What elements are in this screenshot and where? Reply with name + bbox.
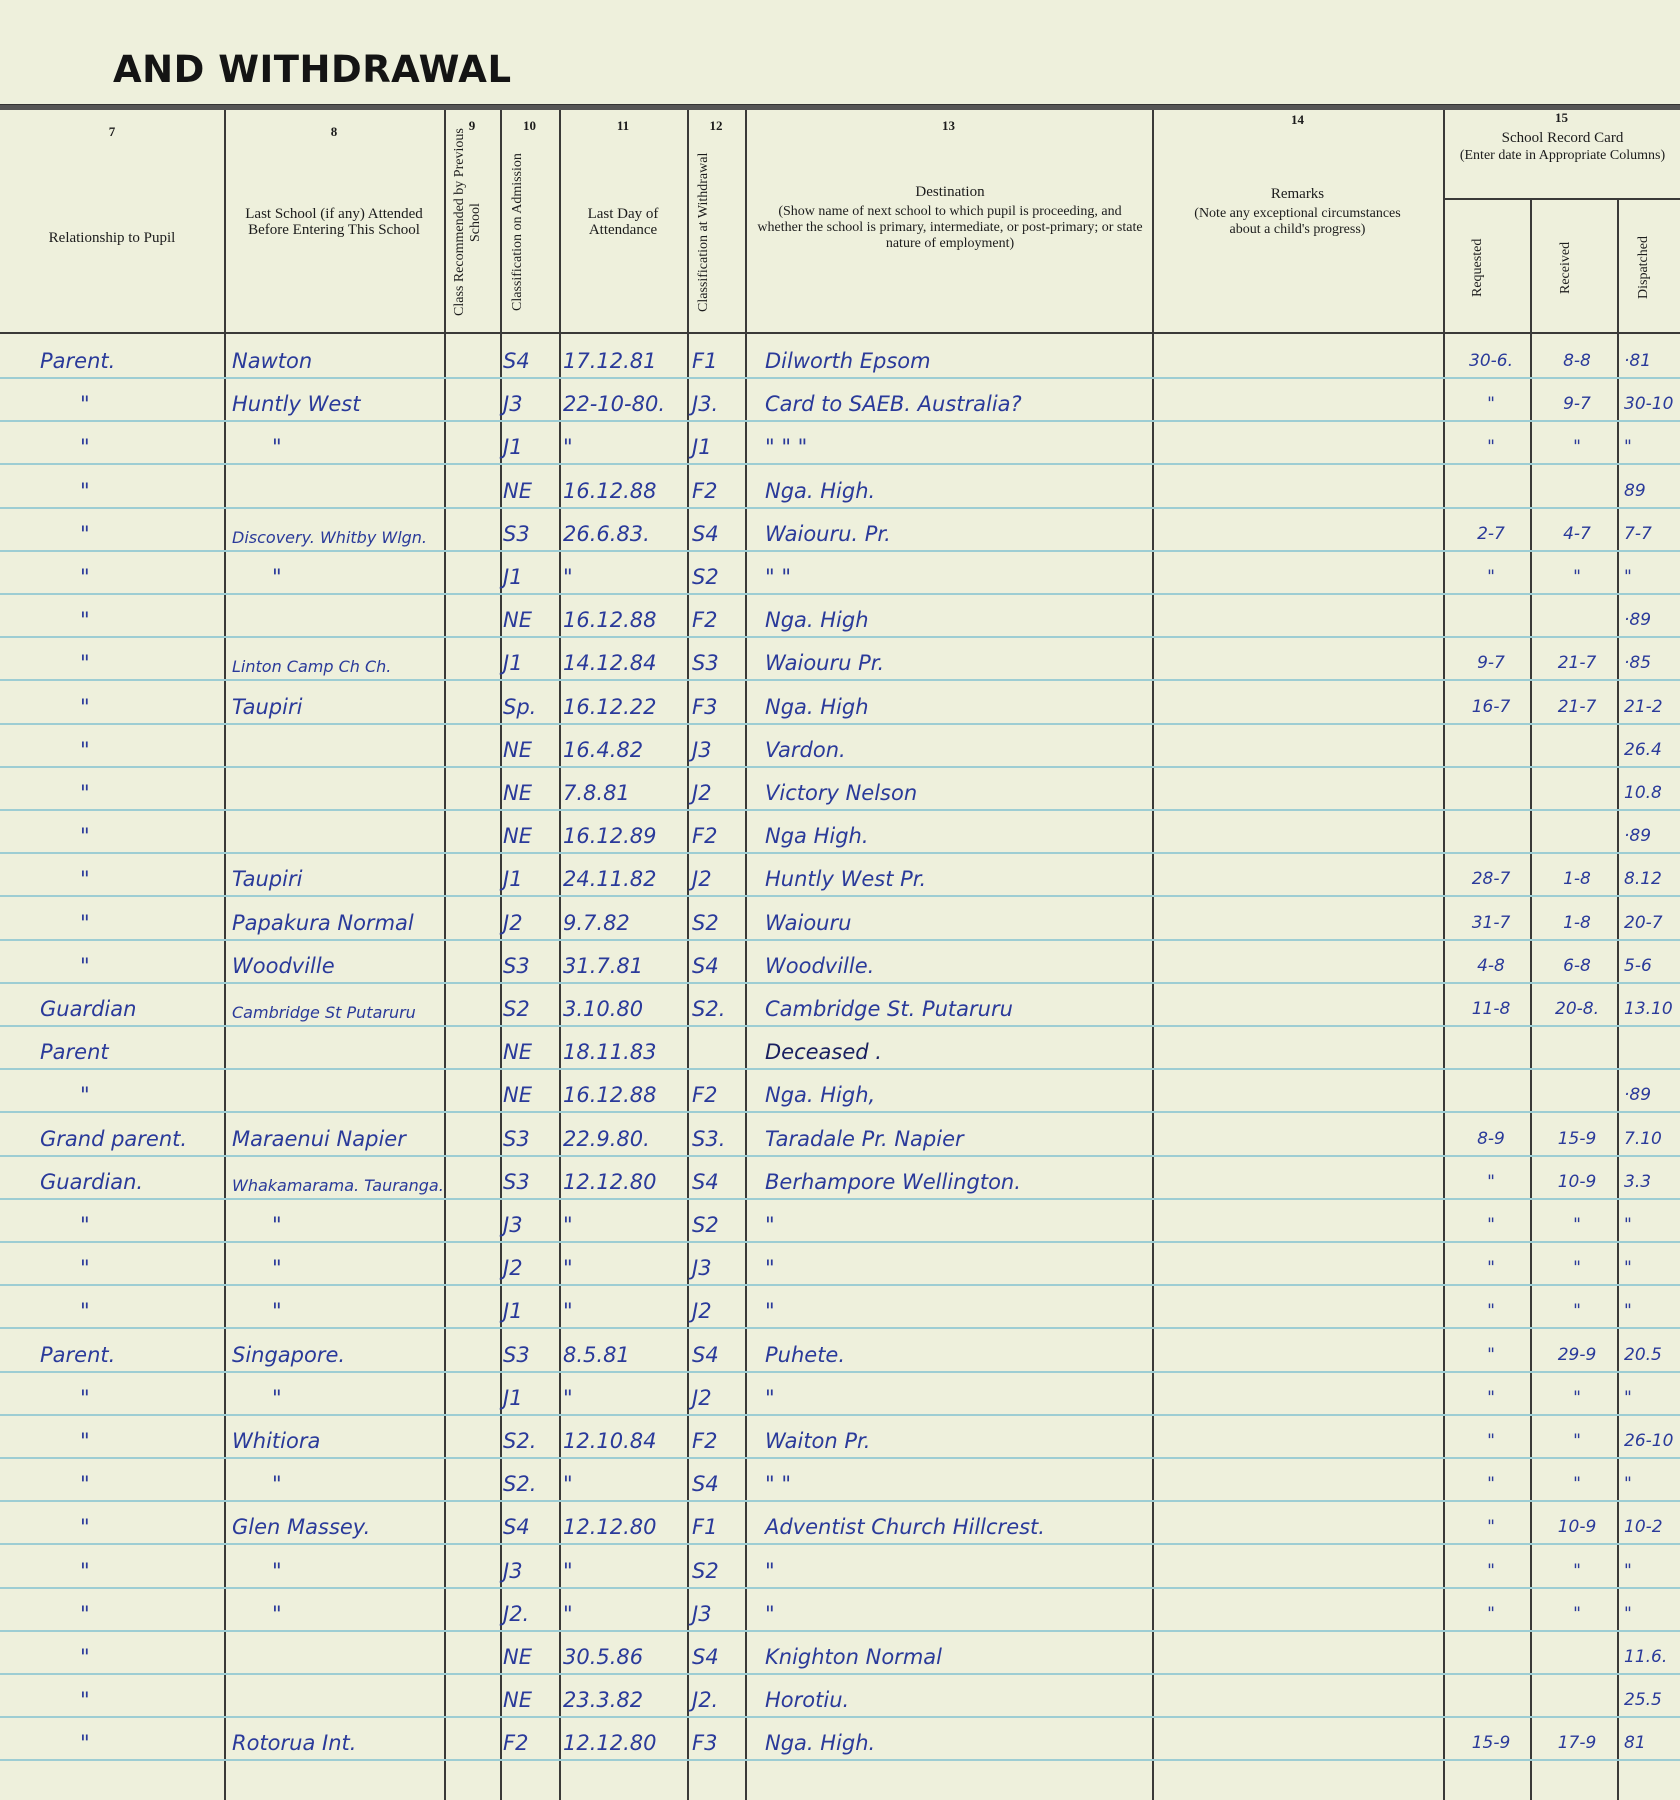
header-bottom-rule <box>0 332 1680 334</box>
record-dispatched-cell: ·89 <box>1624 608 1680 632</box>
classification-admission-cell: J3 <box>503 1559 558 1583</box>
record-requested-cell: 16-7 <box>1452 695 1530 719</box>
table-row: ""J1"J2"""" <box>0 1286 1680 1329</box>
last-day-cell: 14.12.84 <box>563 651 687 675</box>
classification-withdrawal-cell: J2. <box>692 1688 744 1712</box>
table-row: "Huntly WestJ322-10-80.J3.Card to SAEB. … <box>0 379 1680 422</box>
last-school-cell: " <box>232 1559 482 1583</box>
classification-withdrawal-cell: J2 <box>692 867 744 891</box>
relationship-cell: " <box>40 1256 260 1280</box>
relationship-cell: Guardian <box>40 997 220 1021</box>
last-day-cell: 17.12.81 <box>563 349 687 373</box>
header-classification-admission: Classification on Admission <box>510 140 550 325</box>
header-last-school: Last School (if any) Attended Before Ent… <box>236 206 432 238</box>
record-requested-cell: 28-7 <box>1452 867 1530 891</box>
table-row: "Glen Massey.S412.12.80F1Adventist Churc… <box>0 1502 1680 1545</box>
destination-cell: Waiouru Pr. <box>765 651 1465 675</box>
last-day-cell: " <box>563 1602 687 1626</box>
classification-withdrawal-cell: S2 <box>692 911 744 935</box>
record-requested-cell: " <box>1452 1386 1530 1410</box>
record-requested-cell: " <box>1452 1429 1530 1453</box>
record-received-cell: " <box>1538 565 1616 589</box>
table-row: GuardianCambridge St PutaruruS23.10.80S2… <box>0 984 1680 1027</box>
classification-withdrawal-cell: S4 <box>692 954 744 978</box>
classification-withdrawal-cell: S3 <box>692 651 744 675</box>
classification-withdrawal-cell: S4 <box>692 1343 744 1367</box>
record-received-cell: 20-8. <box>1538 997 1616 1021</box>
last-school-cell: Taupiri <box>232 867 442 891</box>
destination-cell: Nga. High, <box>765 1083 1465 1107</box>
classification-withdrawal-cell: S4 <box>692 1472 744 1496</box>
relationship-cell: Grand parent. <box>40 1127 220 1151</box>
record-dispatched-cell: 5-6 <box>1624 954 1680 978</box>
table-row: "NE16.12.88F2Nga. High.89 <box>0 466 1680 509</box>
last-day-cell: 12.12.80 <box>563 1731 687 1755</box>
relationship-cell: " <box>40 1602 260 1626</box>
table-row: "Rotorua Int.F212.12.80F3Nga. High.15-91… <box>0 1718 1680 1761</box>
column-number-11: 11 <box>559 118 687 134</box>
classification-withdrawal-cell: J3 <box>692 1602 744 1626</box>
record-requested-cell: 30-6. <box>1452 349 1530 373</box>
record-requested-cell: 9-7 <box>1452 651 1530 675</box>
classification-admission-cell: S3 <box>503 1343 558 1367</box>
destination-cell: Waiouru <box>765 911 1465 935</box>
relationship-cell: " <box>40 1386 260 1410</box>
header-dispatched: Dispatched <box>1636 210 1666 325</box>
last-day-cell: 16.12.88 <box>563 608 687 632</box>
destination-cell: Vardon. <box>765 738 1465 762</box>
table-row: "NE7.8.81J2Victory Nelson10.8 <box>0 768 1680 811</box>
table-row: ParentNE18.11.83Deceased . <box>0 1027 1680 1070</box>
record-received-cell: 15-9 <box>1538 1127 1616 1151</box>
record-dispatched-cell: 8.12 <box>1624 867 1680 891</box>
record-received-cell: " <box>1538 1386 1616 1410</box>
column-number-12: 12 <box>687 118 745 134</box>
destination-cell: " <box>765 1256 1465 1280</box>
record-dispatched-cell: 10-2 <box>1624 1515 1680 1539</box>
header-record-card-note: (Enter date in Appropriate Columns) <box>1450 148 1675 164</box>
destination-cell: Berhampore Wellington. <box>765 1170 1465 1194</box>
destination-cell: " " <box>765 565 1465 589</box>
destination-cell: " <box>765 1559 1465 1583</box>
record-received-cell: " <box>1538 1213 1616 1237</box>
last-school-cell: " <box>232 1256 482 1280</box>
header-remarks-title: Remarks <box>1165 186 1430 202</box>
record-dispatched-cell: 26.4 <box>1624 738 1680 762</box>
table-row: ""J1"J2"""" <box>0 1373 1680 1416</box>
classification-withdrawal-cell: S2. <box>692 997 744 1021</box>
classification-withdrawal-cell: S4 <box>692 1645 744 1669</box>
record-received-cell: 10-9 <box>1538 1515 1616 1539</box>
table-row: Guardian.Whakamarama. Tauranga.S312.12.8… <box>0 1157 1680 1200</box>
last-day-cell: 16.12.88 <box>563 1083 687 1107</box>
table-row: ""J1"J1" " """" <box>0 422 1680 465</box>
last-day-cell: 12.12.80 <box>563 1515 687 1539</box>
record-dispatched-cell: " <box>1624 1386 1680 1410</box>
classification-withdrawal-cell: F2 <box>692 1083 744 1107</box>
classification-admission-cell: S2. <box>503 1472 558 1496</box>
record-dispatched-cell: 10.8 <box>1624 781 1680 805</box>
record-received-cell: 17-9 <box>1538 1731 1616 1755</box>
classification-withdrawal-cell: F2 <box>692 1429 744 1453</box>
record-received-cell: " <box>1538 1559 1616 1583</box>
classification-withdrawal-cell: J2 <box>692 1386 744 1410</box>
column-number-14: 14 <box>1152 112 1443 128</box>
classification-admission-cell: S3 <box>503 522 558 546</box>
last-school-cell: " <box>232 1472 482 1496</box>
classification-admission-cell: J1 <box>503 867 558 891</box>
destination-cell: Woodville. <box>765 954 1465 978</box>
relationship-cell: " <box>40 781 260 805</box>
relationship-cell: Parent. <box>40 349 220 373</box>
last-day-cell: 3.10.80 <box>563 997 687 1021</box>
last-day-cell: 8.5.81 <box>563 1343 687 1367</box>
classification-withdrawal-cell: S3. <box>692 1127 744 1151</box>
header-destination-note: (Show name of next school to which pupil… <box>755 204 1145 252</box>
classification-admission-cell: J1 <box>503 1386 558 1410</box>
classification-admission-cell: F2 <box>503 1731 558 1755</box>
relationship-cell: " <box>40 479 260 503</box>
classification-withdrawal-cell: J1 <box>692 435 744 459</box>
table-row: ""J2."J3"""" <box>0 1589 1680 1632</box>
record-received-cell: 9-7 <box>1538 392 1616 416</box>
destination-cell: " <box>765 1602 1465 1626</box>
record-requested-cell: " <box>1452 1299 1530 1323</box>
classification-admission-cell: S2 <box>503 997 558 1021</box>
last-day-cell: 12.10.84 <box>563 1429 687 1453</box>
last-day-cell: " <box>563 1386 687 1410</box>
header-last-day: Last Day of Attendance <box>575 206 671 238</box>
relationship-cell: " <box>40 1645 260 1669</box>
record-received-cell: " <box>1538 1299 1616 1323</box>
record-requested-cell: 2-7 <box>1452 522 1530 546</box>
last-school-cell: Taupiri <box>232 695 442 719</box>
last-school-cell: Glen Massey. <box>232 1515 442 1539</box>
relationship-cell: " <box>40 522 260 546</box>
record-received-cell: 6-8 <box>1538 954 1616 978</box>
last-day-cell: 30.5.86 <box>563 1645 687 1669</box>
classification-admission-cell: S2. <box>503 1429 558 1453</box>
record-dispatched-cell: " <box>1624 565 1680 589</box>
classification-admission-cell: J3 <box>503 1213 558 1237</box>
relationship-cell: " <box>40 1472 260 1496</box>
last-school-cell: " <box>232 1602 482 1626</box>
record-dispatched-cell: ·89 <box>1624 1083 1680 1107</box>
classification-admission-cell: J1 <box>503 1299 558 1323</box>
classification-withdrawal-cell: F2 <box>692 479 744 503</box>
record-requested-cell: " <box>1452 1256 1530 1280</box>
table-row: "NE30.5.86S4Knighton Normal11.6. <box>0 1632 1680 1675</box>
last-school-cell: " <box>232 1386 482 1410</box>
destination-cell: Card to SAEB. Australia? <box>765 392 1465 416</box>
record-received-cell: 8-8 <box>1538 349 1616 373</box>
record-dispatched-cell: " <box>1624 1602 1680 1626</box>
classification-admission-cell: J2 <box>503 1256 558 1280</box>
relationship-cell: " <box>40 1515 260 1539</box>
table-row: "WhitioraS2.12.10.84F2Waiton Pr.""26-10 <box>0 1416 1680 1459</box>
classification-withdrawal-cell: F3 <box>692 695 744 719</box>
relationship-cell: " <box>40 565 260 589</box>
record-received-cell: 1-8 <box>1538 867 1616 891</box>
classification-admission-cell: J1 <box>503 435 558 459</box>
classification-admission-cell: Sp. <box>503 695 558 719</box>
classification-admission-cell: J2. <box>503 1602 558 1626</box>
destination-cell: Nga. High <box>765 695 1465 719</box>
classification-withdrawal-cell: F2 <box>692 824 744 848</box>
record-requested-cell: " <box>1452 565 1530 589</box>
relationship-cell: " <box>40 1731 260 1755</box>
classification-withdrawal-cell: S2 <box>692 565 744 589</box>
last-school-cell: " <box>232 1299 482 1323</box>
classification-withdrawal-cell: F3 <box>692 1731 744 1755</box>
record-dispatched-cell: ·89 <box>1624 824 1680 848</box>
table-row: Grand parent.Maraenui NapierS322.9.80.S3… <box>0 1114 1680 1157</box>
record-received-cell: 21-7 <box>1538 695 1616 719</box>
relationship-cell: " <box>40 1688 260 1712</box>
record-received-cell: 29-9 <box>1538 1343 1616 1367</box>
last-day-cell: " <box>563 1299 687 1323</box>
ledger-table: 7 8 9 10 11 12 13 14 15 Relationship to … <box>0 110 1680 1800</box>
table-row: ""J2"J3"""" <box>0 1243 1680 1286</box>
destination-cell: Huntly West Pr. <box>765 867 1465 891</box>
record-received-cell: " <box>1538 1472 1616 1496</box>
classification-withdrawal-cell: J3. <box>692 392 744 416</box>
record-dispatched-cell: 13.10 <box>1624 997 1680 1021</box>
classification-withdrawal-cell: S2 <box>692 1559 744 1583</box>
table-row: "TaupiriJ124.11.82J2Huntly West Pr.28-71… <box>0 854 1680 897</box>
header-record-card-title: School Record Card <box>1450 130 1675 146</box>
last-day-cell: " <box>563 1256 687 1280</box>
destination-cell: Adventist Church Hillcrest. <box>765 1515 1465 1539</box>
record-dispatched-cell: 26-10 <box>1624 1429 1680 1453</box>
destination-cell: " <box>765 1213 1465 1237</box>
last-school-cell: Woodville <box>232 954 442 978</box>
classification-admission-cell: S4 <box>503 1515 558 1539</box>
classification-admission-cell: S3 <box>503 954 558 978</box>
classification-admission-cell: NE <box>503 781 558 805</box>
last-school-cell: " <box>232 565 482 589</box>
classification-admission-cell: NE <box>503 1688 558 1712</box>
classification-withdrawal-cell: F2 <box>692 608 744 632</box>
header-remarks-note: (Note any exceptional circumstances abou… <box>1180 206 1415 238</box>
record-received-cell: " <box>1538 1256 1616 1280</box>
record-dispatched-cell: 7-7 <box>1624 522 1680 546</box>
record-requested-cell: " <box>1452 1472 1530 1496</box>
last-day-cell: 7.8.81 <box>563 781 687 805</box>
last-day-cell: 16.12.88 <box>563 479 687 503</box>
last-day-cell: 26.6.83. <box>563 522 687 546</box>
record-received-cell: " <box>1538 1602 1616 1626</box>
record-requested-cell: " <box>1452 392 1530 416</box>
classification-admission-cell: NE <box>503 479 558 503</box>
table-row: "TaupiriSp.16.12.22F3Nga. High16-721-721… <box>0 682 1680 725</box>
table-row: "NE16.12.88F2Nga. High,·89 <box>0 1070 1680 1113</box>
classification-admission-cell: NE <box>503 608 558 632</box>
record-received-cell: " <box>1538 1429 1616 1453</box>
destination-cell: " <box>765 1386 1465 1410</box>
last-day-cell: " <box>563 435 687 459</box>
destination-cell: Victory Nelson <box>765 781 1465 805</box>
classification-admission-cell: J1 <box>503 651 558 675</box>
record-dispatched-cell: 20.5 <box>1624 1343 1680 1367</box>
classification-admission-cell: S4 <box>503 349 558 373</box>
record-requested-cell: 11-8 <box>1452 997 1530 1021</box>
last-school-cell: Papakura Normal <box>232 911 442 935</box>
destination-cell: Nga High. <box>765 824 1465 848</box>
last-day-cell: 12.12.80 <box>563 1170 687 1194</box>
last-day-cell: 22-10-80. <box>563 392 687 416</box>
column-number-8: 8 <box>224 124 444 140</box>
column-number-10: 10 <box>500 118 559 134</box>
destination-cell: Knighton Normal <box>765 1645 1465 1669</box>
relationship-cell: " <box>40 911 260 935</box>
record-dispatched-cell: ·85 <box>1624 651 1680 675</box>
record-dispatched-cell: " <box>1624 1472 1680 1496</box>
record-requested-cell: 8-9 <box>1452 1127 1530 1151</box>
record-dispatched-cell: " <box>1624 1559 1680 1583</box>
record-dispatched-cell: " <box>1624 435 1680 459</box>
record-requested-cell: " <box>1452 435 1530 459</box>
table-row: "Linton Camp Ch Ch.J114.12.84S3Waiouru P… <box>0 638 1680 681</box>
table-row: ""J3"S2"""" <box>0 1546 1680 1589</box>
header-class-recommended: Class Recommended by Previous School <box>452 120 492 325</box>
destination-cell: Waiouru. Pr. <box>765 522 1465 546</box>
column-number-7: 7 <box>0 124 224 140</box>
classification-admission-cell: NE <box>503 1040 558 1064</box>
record-requested-cell: " <box>1452 1343 1530 1367</box>
classification-admission-cell: NE <box>503 1645 558 1669</box>
last-day-cell: 22.9.80. <box>563 1127 687 1151</box>
last-day-cell: " <box>563 565 687 589</box>
classification-withdrawal-cell: J2 <box>692 1299 744 1323</box>
header-relationship: Relationship to Pupil <box>10 230 214 246</box>
classification-admission-cell: S3 <box>503 1127 558 1151</box>
record-dispatched-cell: 11.6. <box>1624 1645 1680 1669</box>
classification-withdrawal-cell: J3 <box>692 738 744 762</box>
relationship-cell: " <box>40 824 260 848</box>
classification-admission-cell: NE <box>503 1083 558 1107</box>
record-requested-cell: " <box>1452 1602 1530 1626</box>
destination-cell: Cambridge St. Putaruru <box>765 997 1465 1021</box>
record-dispatched-cell: 7.10 <box>1624 1127 1680 1151</box>
destination-cell: Taradale Pr. Napier <box>765 1127 1465 1151</box>
relationship-cell: " <box>40 608 260 632</box>
last-school-cell: Huntly West <box>232 392 442 416</box>
classification-withdrawal-cell: S4 <box>692 1170 744 1194</box>
relationship-cell: Parent. <box>40 1343 220 1367</box>
relationship-cell: " <box>40 1083 260 1107</box>
last-school-cell: Cambridge St Putaruru <box>232 1005 442 1021</box>
last-day-cell: " <box>563 1213 687 1237</box>
record-dispatched-cell: 3.3 <box>1624 1170 1680 1194</box>
table-row: ""J3"S2"""" <box>0 1200 1680 1243</box>
record-dispatched-cell: " <box>1624 1213 1680 1237</box>
record-dispatched-cell: 25.5 <box>1624 1688 1680 1712</box>
record-dispatched-cell: 89 <box>1624 479 1680 503</box>
table-row: "WoodvilleS331.7.81S4Woodville.4-86-85-6 <box>0 941 1680 984</box>
relationship-cell: " <box>40 435 260 459</box>
relationship-cell: " <box>40 1429 260 1453</box>
last-day-cell: 24.11.82 <box>563 867 687 891</box>
table-row: "Papakura NormalJ29.7.82S2Waiouru31-71-8… <box>0 898 1680 941</box>
record-received-cell: 21-7 <box>1538 651 1616 675</box>
record-dispatched-cell: " <box>1624 1256 1680 1280</box>
subheader-rule <box>1443 198 1680 200</box>
last-school-cell: Discovery. Whitby Wlgn. <box>232 530 442 546</box>
record-requested-cell: " <box>1452 1213 1530 1237</box>
classification-admission-cell: J3 <box>503 392 558 416</box>
destination-cell: Deceased . <box>765 1040 1465 1064</box>
classification-withdrawal-cell: J2 <box>692 781 744 805</box>
relationship-cell: " <box>40 954 260 978</box>
record-dispatched-cell: ·81 <box>1624 349 1680 373</box>
record-requested-cell: " <box>1452 1170 1530 1194</box>
last-day-cell: 16.12.89 <box>563 824 687 848</box>
destination-cell: " " " <box>765 435 1465 459</box>
record-received-cell: 1-8 <box>1538 911 1616 935</box>
record-requested-cell: 4-8 <box>1452 954 1530 978</box>
header-classification-withdrawal: Classification at Withdrawal <box>696 140 736 325</box>
relationship-cell: " <box>40 738 260 762</box>
last-day-cell: " <box>563 1472 687 1496</box>
destination-cell: Nga. High <box>765 608 1465 632</box>
header-requested: Requested <box>1470 210 1500 325</box>
classification-withdrawal-cell: F1 <box>692 1515 744 1539</box>
relationship-cell: " <box>40 867 260 891</box>
last-school-cell: Whitiora <box>232 1429 442 1453</box>
classification-admission-cell: S3 <box>503 1170 558 1194</box>
classification-withdrawal-cell: F1 <box>692 349 744 373</box>
relationship-cell: " <box>40 1213 260 1237</box>
last-day-cell: 18.11.83 <box>563 1040 687 1064</box>
record-requested-cell: 31-7 <box>1452 911 1530 935</box>
classification-withdrawal-cell: J3 <box>692 1256 744 1280</box>
last-school-cell: Maraenui Napier <box>232 1127 442 1151</box>
record-dispatched-cell: 21-2 <box>1624 695 1680 719</box>
last-day-cell: 16.12.22 <box>563 695 687 719</box>
last-school-cell: Whakamarama. Tauranga. <box>232 1178 442 1194</box>
last-day-cell: " <box>563 1559 687 1583</box>
classification-withdrawal-cell: S4 <box>692 522 744 546</box>
relationship-cell: " <box>40 392 260 416</box>
table-row: "NE16.4.82J3Vardon.26.4 <box>0 725 1680 768</box>
record-dispatched-cell: 81 <box>1624 1731 1680 1755</box>
last-day-cell: 23.3.82 <box>563 1688 687 1712</box>
destination-cell: Dilworth Epsom <box>765 349 1465 373</box>
table-row: "NE16.12.89F2Nga High.·89 <box>0 811 1680 854</box>
page-title: AND WITHDRAWAL <box>113 48 512 91</box>
relationship-cell: Parent <box>40 1040 220 1064</box>
relationship-cell: " <box>40 1299 260 1323</box>
record-dispatched-cell: " <box>1624 1299 1680 1323</box>
last-day-cell: 31.7.81 <box>563 954 687 978</box>
table-row: "NE16.12.88F2Nga. High·89 <box>0 595 1680 638</box>
record-dispatched-cell: 30-10 <box>1624 392 1680 416</box>
destination-cell: Waiton Pr. <box>765 1429 1465 1453</box>
last-school-cell: Linton Camp Ch Ch. <box>232 659 442 675</box>
last-day-cell: 16.4.82 <box>563 738 687 762</box>
classification-admission-cell: NE <box>503 738 558 762</box>
table-row: ""J1"S2" """" <box>0 552 1680 595</box>
relationship-cell: Guardian. <box>40 1170 220 1194</box>
record-requested-cell: " <box>1452 1515 1530 1539</box>
column-number-15: 15 <box>1443 110 1680 126</box>
destination-cell: Horotiu. <box>765 1688 1465 1712</box>
destination-cell: Puhete. <box>765 1343 1465 1367</box>
table-row: Parent.Singapore.S38.5.81S4Puhete."29-92… <box>0 1330 1680 1373</box>
table-row: ""S2."S4" """" <box>0 1459 1680 1502</box>
destination-cell: Nga. High. <box>765 1731 1465 1755</box>
